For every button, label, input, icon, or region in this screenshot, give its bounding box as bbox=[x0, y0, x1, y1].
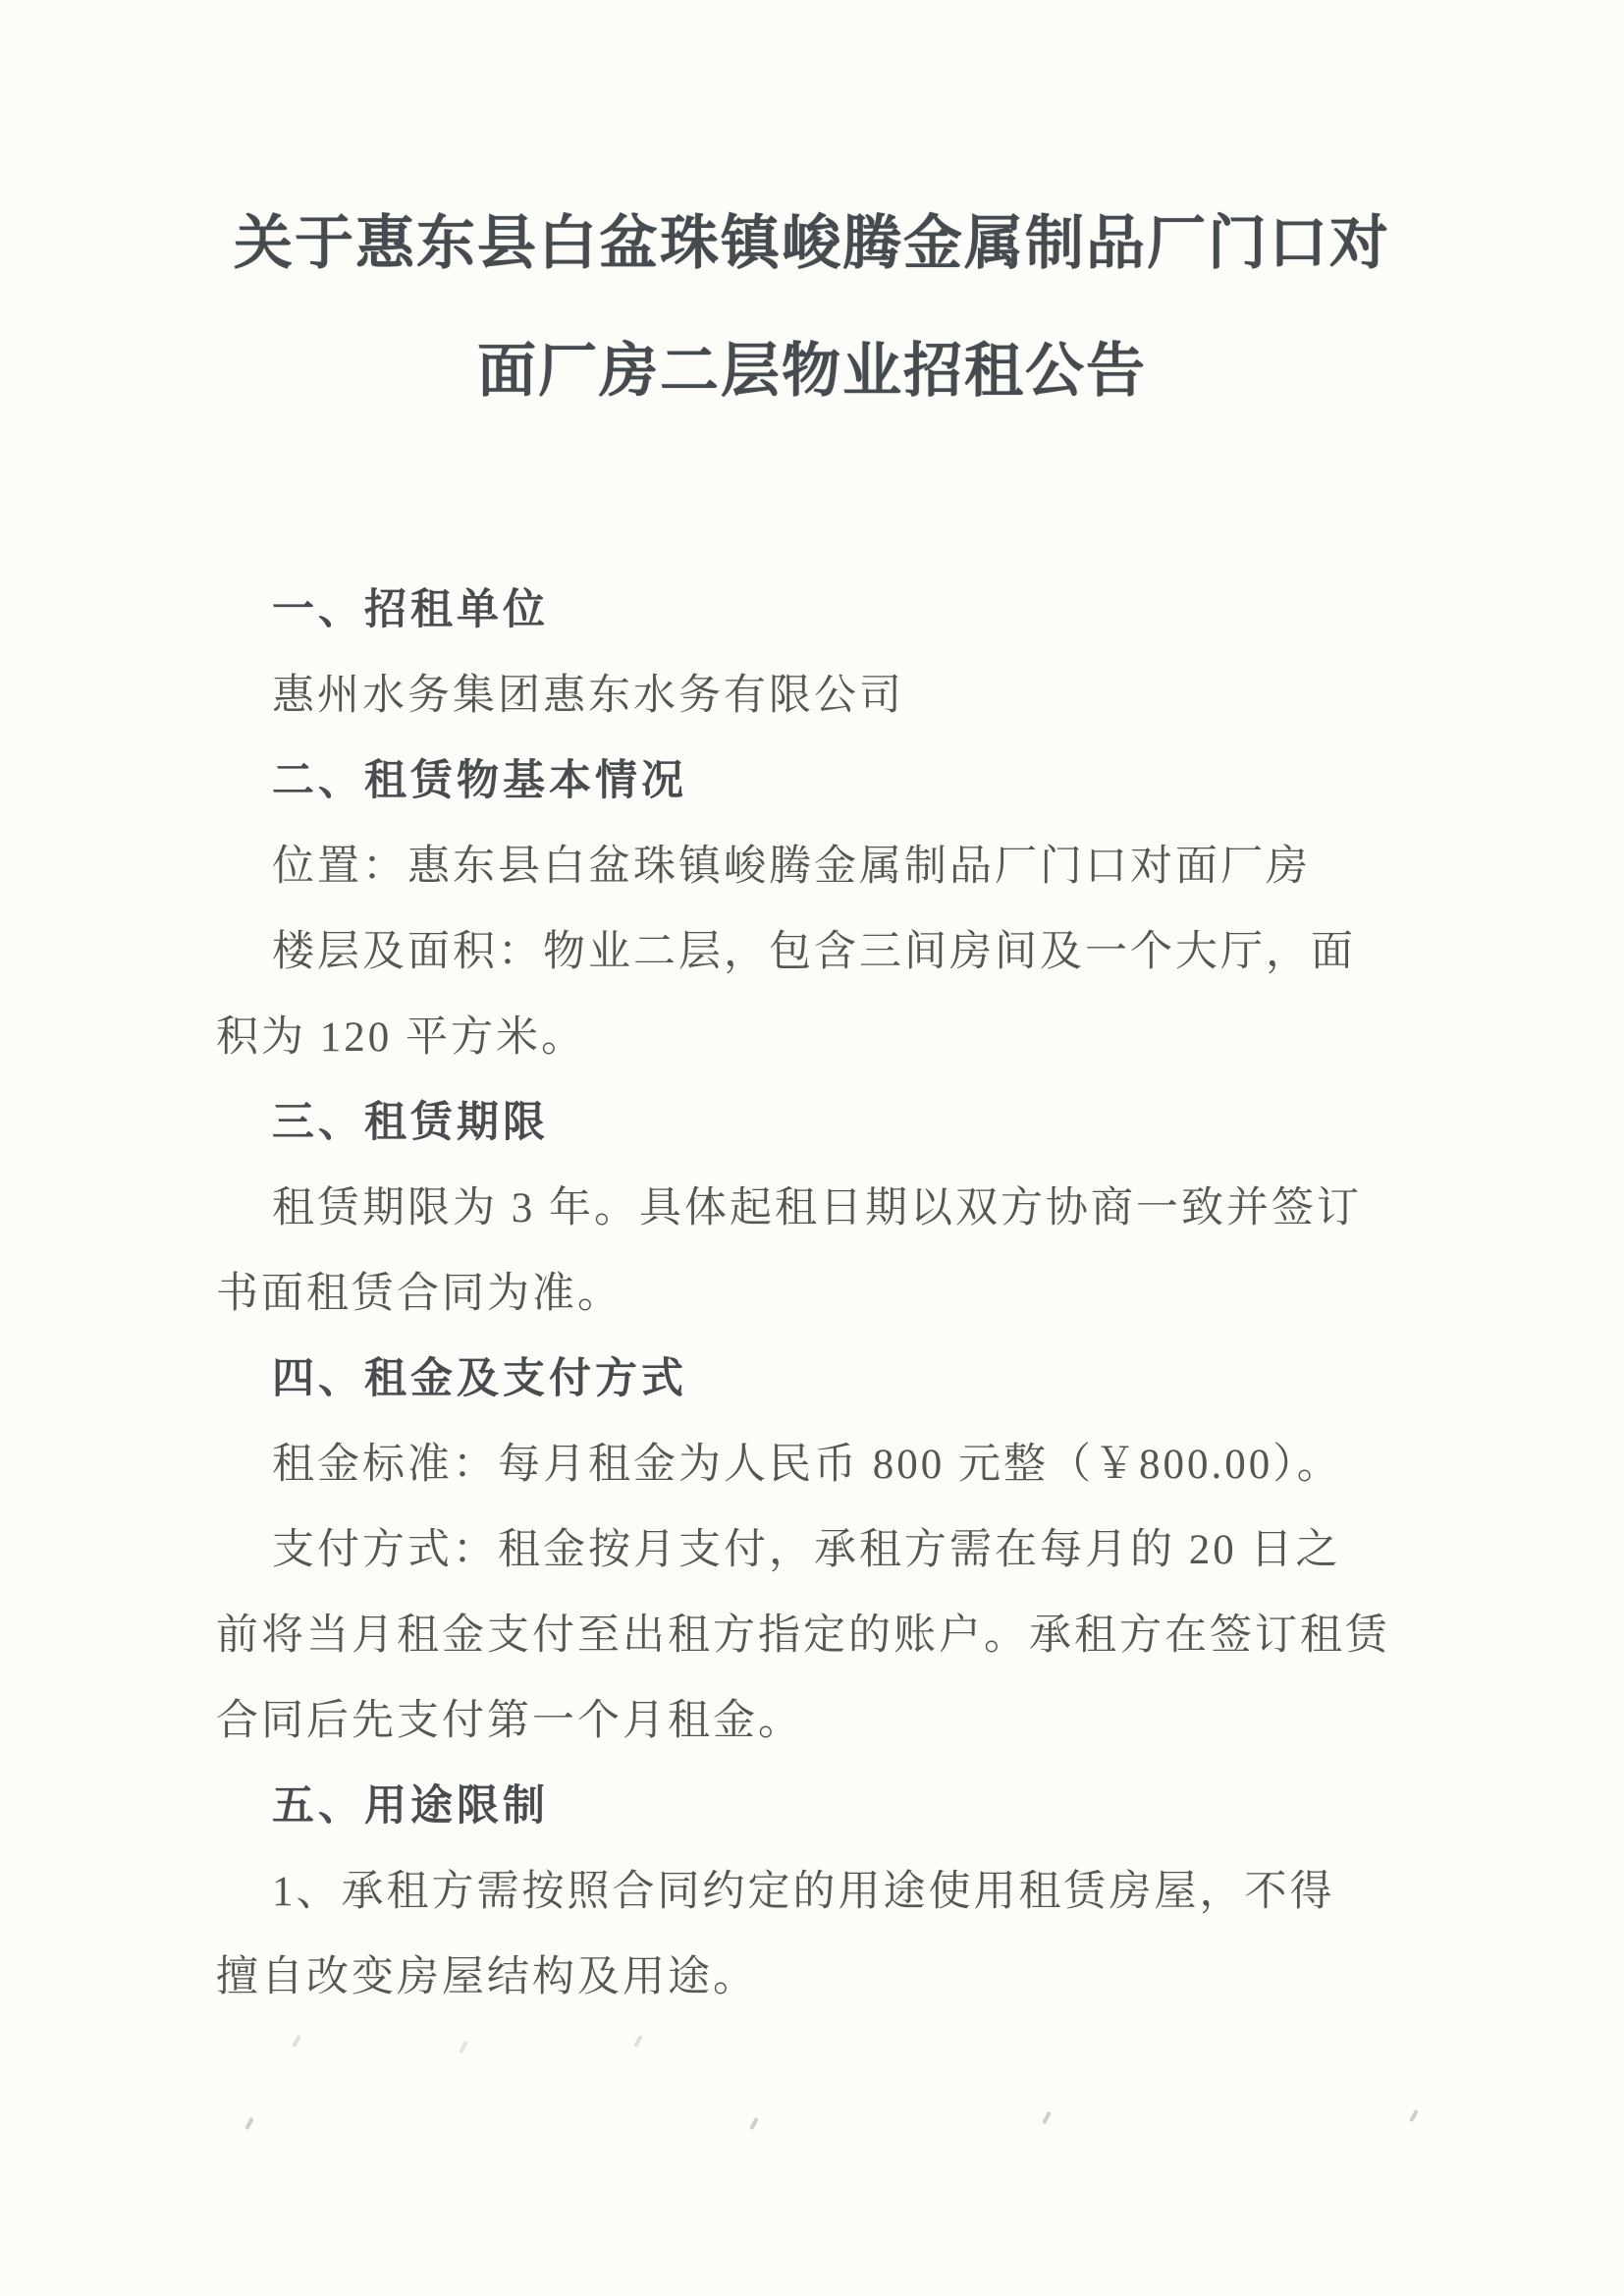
line-usage-2: 擅自改变房屋结构及用途。 bbox=[216, 1935, 1483, 2020]
scan-speck bbox=[292, 2035, 301, 2048]
line-lease-term-2: 书面租赁合同为准。 bbox=[216, 1251, 1483, 1337]
line-lease-term-1: 租赁期限为 3 年。具体起租日期以双方协商一致并签订 bbox=[216, 1166, 1483, 1251]
line-rent-standard: 租金标准：每月租金为人民币 800 元整（￥800.00）。 bbox=[216, 1422, 1483, 1507]
line-lessor-name: 惠州水务集团惠东水务有限公司 bbox=[216, 653, 1483, 738]
scan-speck bbox=[1409, 2109, 1419, 2122]
line-floor-area-2: 积为 120 平方米。 bbox=[216, 995, 1483, 1080]
line-payment-2: 前将当月租金支付至出租方指定的账户。承租方在签订租赁 bbox=[216, 1593, 1483, 1678]
title-line-2: 面厂房二层物业招租公告 bbox=[0, 307, 1624, 435]
line-location: 位置：惠东县白盆珠镇峻腾金属制品厂门口对面厂房 bbox=[216, 824, 1483, 909]
scan-speck bbox=[459, 2041, 468, 2053]
line-usage-1: 1、承租方需按照合同约定的用途使用租赁房屋，不得 bbox=[216, 1849, 1483, 1935]
line-payment-1: 支付方式：租金按月支付，承租方需在每月的 20 日之 bbox=[216, 1507, 1483, 1593]
title-line-1: 关于惠东县白盆珠镇峻腾金属制品厂门口对 bbox=[0, 180, 1624, 307]
line-floor-area-1: 楼层及面积：物业二层，包含三间房间及一个大厅，面 bbox=[216, 909, 1483, 995]
section-1-heading: 一、招租单位 bbox=[216, 568, 1483, 653]
scan-speck bbox=[1042, 2111, 1052, 2124]
section-4-heading: 四、租金及支付方式 bbox=[216, 1337, 1483, 1422]
document-body: 一、招租单位 惠州水务集团惠东水务有限公司 二、租赁物基本情况 位置：惠东县白盆… bbox=[216, 568, 1483, 2020]
line-payment-3: 合同后先支付第一个月租金。 bbox=[216, 1678, 1483, 1764]
document-title: 关于惠东县白盆珠镇峻腾金属制品厂门口对 面厂房二层物业招租公告 bbox=[0, 180, 1624, 435]
scan-speck bbox=[244, 2117, 254, 2130]
section-2-heading: 二、租赁物基本情况 bbox=[216, 738, 1483, 824]
section-3-heading: 三、租赁期限 bbox=[216, 1080, 1483, 1166]
section-5-heading: 五、用途限制 bbox=[216, 1764, 1483, 1849]
scan-speck bbox=[749, 2117, 759, 2130]
scan-speck bbox=[633, 2035, 643, 2048]
scanned-document-page: 关于惠东县白盆珠镇峻腾金属制品厂门口对 面厂房二层物业招租公告 一、招租单位 惠… bbox=[0, 0, 1624, 2296]
